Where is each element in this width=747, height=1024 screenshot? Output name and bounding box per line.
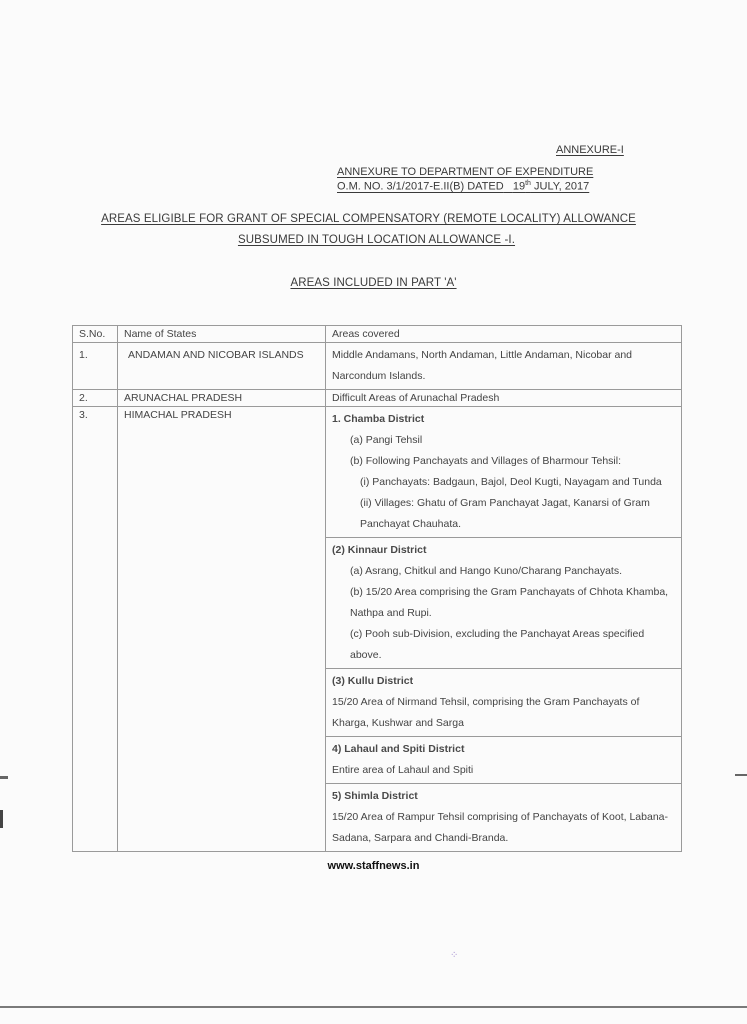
page-edge-line [0, 1006, 747, 1008]
district-kullu: (3) Kullu District 15/20 Area of Nirmand… [326, 669, 682, 737]
row-sno: 1. [73, 343, 118, 390]
district-name: 5) Shimla District [332, 786, 675, 807]
title-line-1: AREAS ELIGIBLE FOR GRANT OF SPECIAL COMP… [0, 213, 742, 225]
header-line-2: O.M. NO. 3/1/2017-E.II(B) DATED 19th JUL… [337, 178, 593, 193]
header-state: Name of States [118, 326, 326, 343]
table-row: 1. ANDAMAN AND NICOBAR ISLANDS Middle An… [73, 343, 682, 390]
district-name: 4) Lahaul and Spiti District [332, 739, 675, 760]
part-heading: AREAS INCLUDED IN PART 'A' [0, 277, 747, 289]
ink-stamp-mark: ⁘ [450, 950, 472, 962]
scan-mark [735, 774, 747, 776]
annexure-label: ANNEXURE-I [556, 144, 624, 156]
header-line-1: ANNEXURE TO DEPARTMENT OF EXPENDITURE [337, 166, 593, 178]
table-row: 3. HIMACHAL PRADESH 1. Chamba District (… [73, 407, 682, 538]
areas-table: S.No. Name of States Areas covered 1. AN… [72, 325, 682, 852]
row-sno: 2. [73, 390, 118, 407]
row-state: ARUNACHAL PRADESH [118, 390, 326, 407]
row-sno: 3. [73, 407, 118, 852]
table-header-row: S.No. Name of States Areas covered [73, 326, 682, 343]
annexure-header: ANNEXURE TO DEPARTMENT OF EXPENDITURE O.… [337, 166, 593, 193]
header-sno: S.No. [73, 326, 118, 343]
district-chamba: 1. Chamba District (a) Pangi Tehsil (b) … [326, 407, 682, 538]
district-kinnaur: (2) Kinnaur District (a) Asrang, Chitkul… [326, 538, 682, 669]
row-areas: Difficult Areas of Arunachal Pradesh [326, 390, 682, 407]
district-lahaul-spiti: 4) Lahaul and Spiti District Entire area… [326, 737, 682, 784]
district-name: (2) Kinnaur District [332, 540, 675, 561]
district-name: 1. Chamba District [332, 409, 675, 430]
table-row: 2. ARUNACHAL PRADESH Difficult Areas of … [73, 390, 682, 407]
scan-mark [0, 776, 8, 779]
row-state: ANDAMAN AND NICOBAR ISLANDS [118, 343, 326, 390]
district-name: (3) Kullu District [332, 671, 675, 692]
row-state: HIMACHAL PRADESH [118, 407, 326, 852]
footer-url: www.staffnews.in [0, 860, 747, 872]
row-areas: Middle Andamans, North Andaman, Little A… [326, 343, 682, 390]
district-shimla: 5) Shimla District 15/20 Area of Rampur … [326, 784, 682, 852]
title-line-2: SUBSUMED IN TOUGH LOCATION ALLOWANCE -I. [3, 234, 747, 246]
document-page: ANNEXURE-I ANNEXURE TO DEPARTMENT OF EXP… [0, 0, 747, 1024]
scan-mark [0, 810, 3, 828]
header-areas: Areas covered [326, 326, 682, 343]
